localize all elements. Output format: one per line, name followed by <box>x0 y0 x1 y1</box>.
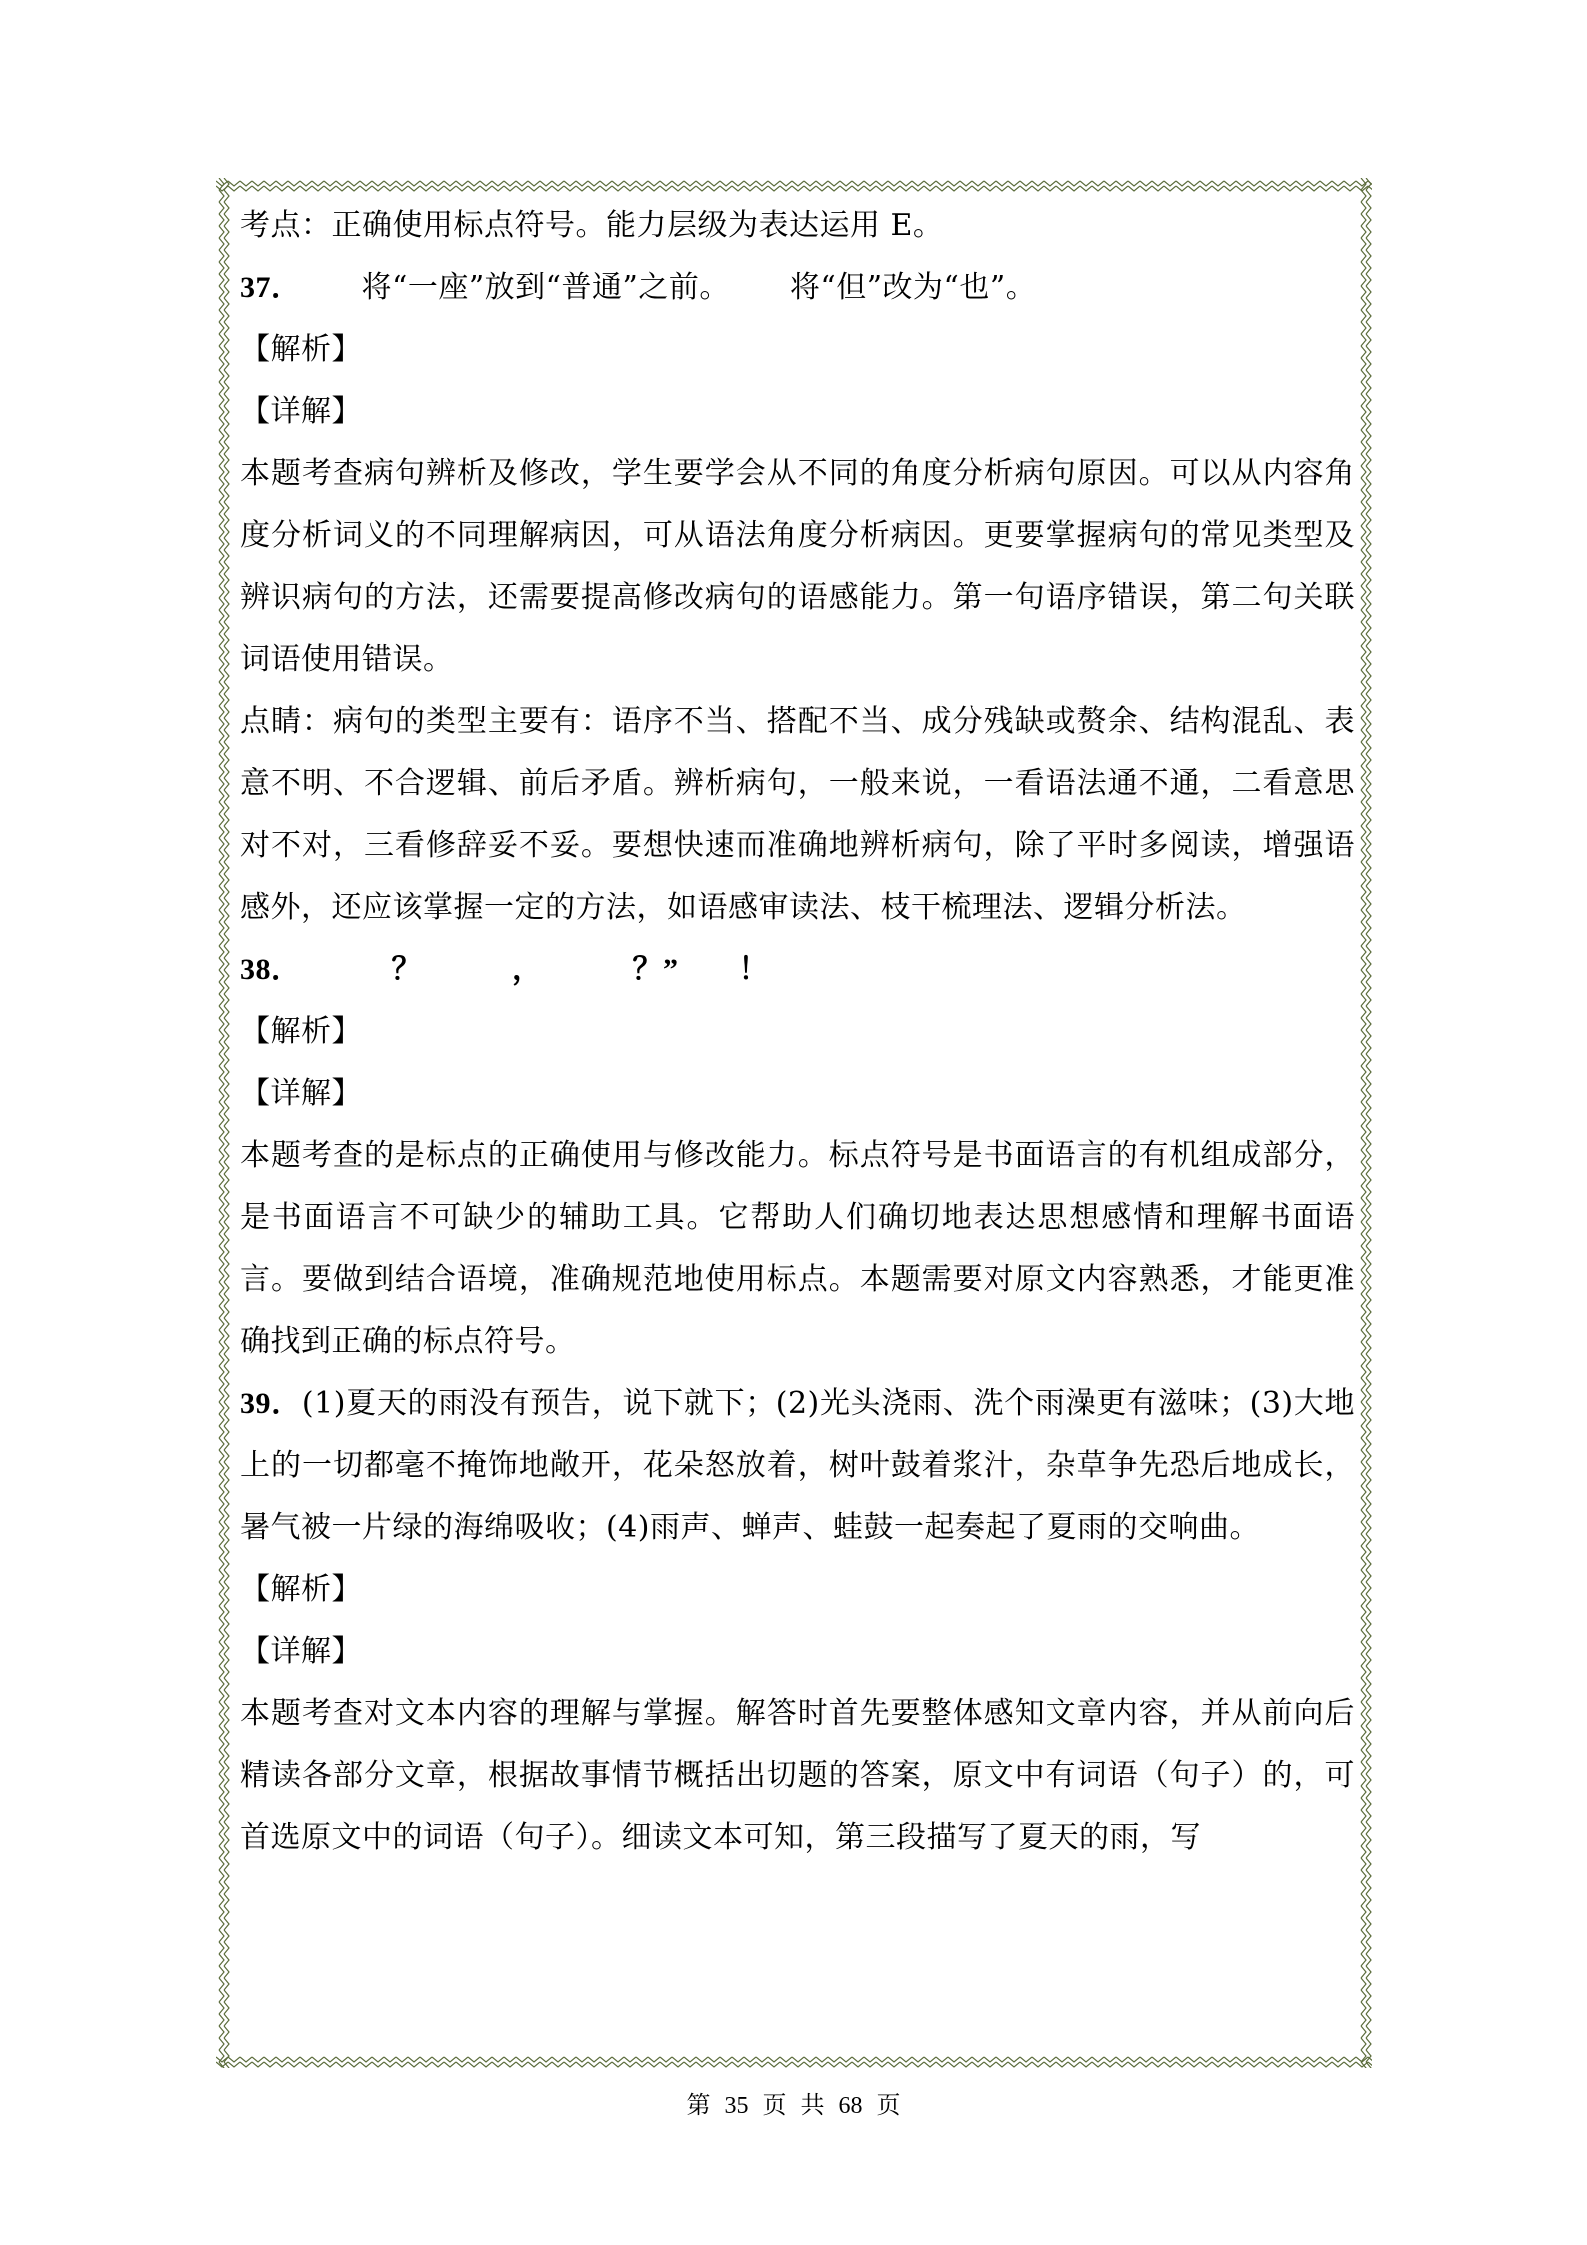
q37-answer-a: 将“一座”放到“普通”之前。 <box>362 270 730 305</box>
q38-answer-4: ！ <box>739 953 770 986</box>
q38-detail: 本题考查的是标点的正确使用与修改能力。标点符号是书面语言的有机组成部分，是书面语… <box>240 1125 1355 1373</box>
q38-answer-3: ？” <box>633 953 679 986</box>
border-top <box>216 178 1372 192</box>
q37-dianjing: 点睛：病句的类型主要有：语序不当、搭配不当、成分残缺或赘余、结构混乱、表意不明、… <box>240 691 1355 939</box>
q38-number: 38． <box>240 953 302 986</box>
page-content: 考点：正确使用标点符号。能力层级为表达运用 E。 37．将“一座”放到“普通”之… <box>240 195 1360 1869</box>
q39-answer: 39．(1)夏天的雨没有预告，说下就下；(2)光头浇雨、洗个雨澡更有滋味；(3)… <box>240 1373 1355 1559</box>
q38-answer-2: ， <box>512 953 543 986</box>
q38-jiexi-label: 【解析】 <box>240 1001 1360 1063</box>
q39-detail: 本题考查对文本内容的理解与掌握。解答时首先要整体感知文章内容，并从前向后精读各部… <box>240 1683 1355 1869</box>
q39-xiangjie-label: 【详解】 <box>240 1621 1360 1683</box>
page-footer: 第 35 页 共 68 页 <box>0 2085 1587 2120</box>
q38-answer-line: 38．？，？”！ <box>240 939 1360 1001</box>
border-bottom <box>216 2054 1372 2068</box>
q38-answer-1: ？ <box>392 953 423 986</box>
q37-detail: 本题考查病句辨析及修改，学生要学会从不同的角度分析病句原因。可以从内容角度分析词… <box>240 443 1355 691</box>
q37-answer-b: 将“但”改为“也”。 <box>790 270 1036 305</box>
q39-jiexi-label: 【解析】 <box>240 1559 1360 1621</box>
q39-number: 39． <box>240 1387 302 1420</box>
q37-jiexi-label: 【解析】 <box>240 319 1360 381</box>
border-left <box>216 178 230 2068</box>
q39-answer-text: (1)夏天的雨没有预告，说下就下；(2)光头浇雨、洗个雨澡更有滋味；(3)大地上… <box>240 1386 1355 1545</box>
q37-xiangjie-label: 【详解】 <box>240 381 1360 443</box>
q38-xiangjie-label: 【详解】 <box>240 1063 1360 1125</box>
q37-answer-line: 37．将“一座”放到“普通”之前。将“但”改为“也”。 <box>240 257 1360 319</box>
q37-number: 37． <box>240 271 302 304</box>
border-right <box>1358 178 1372 2068</box>
kaodian-line: 考点：正确使用标点符号。能力层级为表达运用 E。 <box>240 195 1360 257</box>
